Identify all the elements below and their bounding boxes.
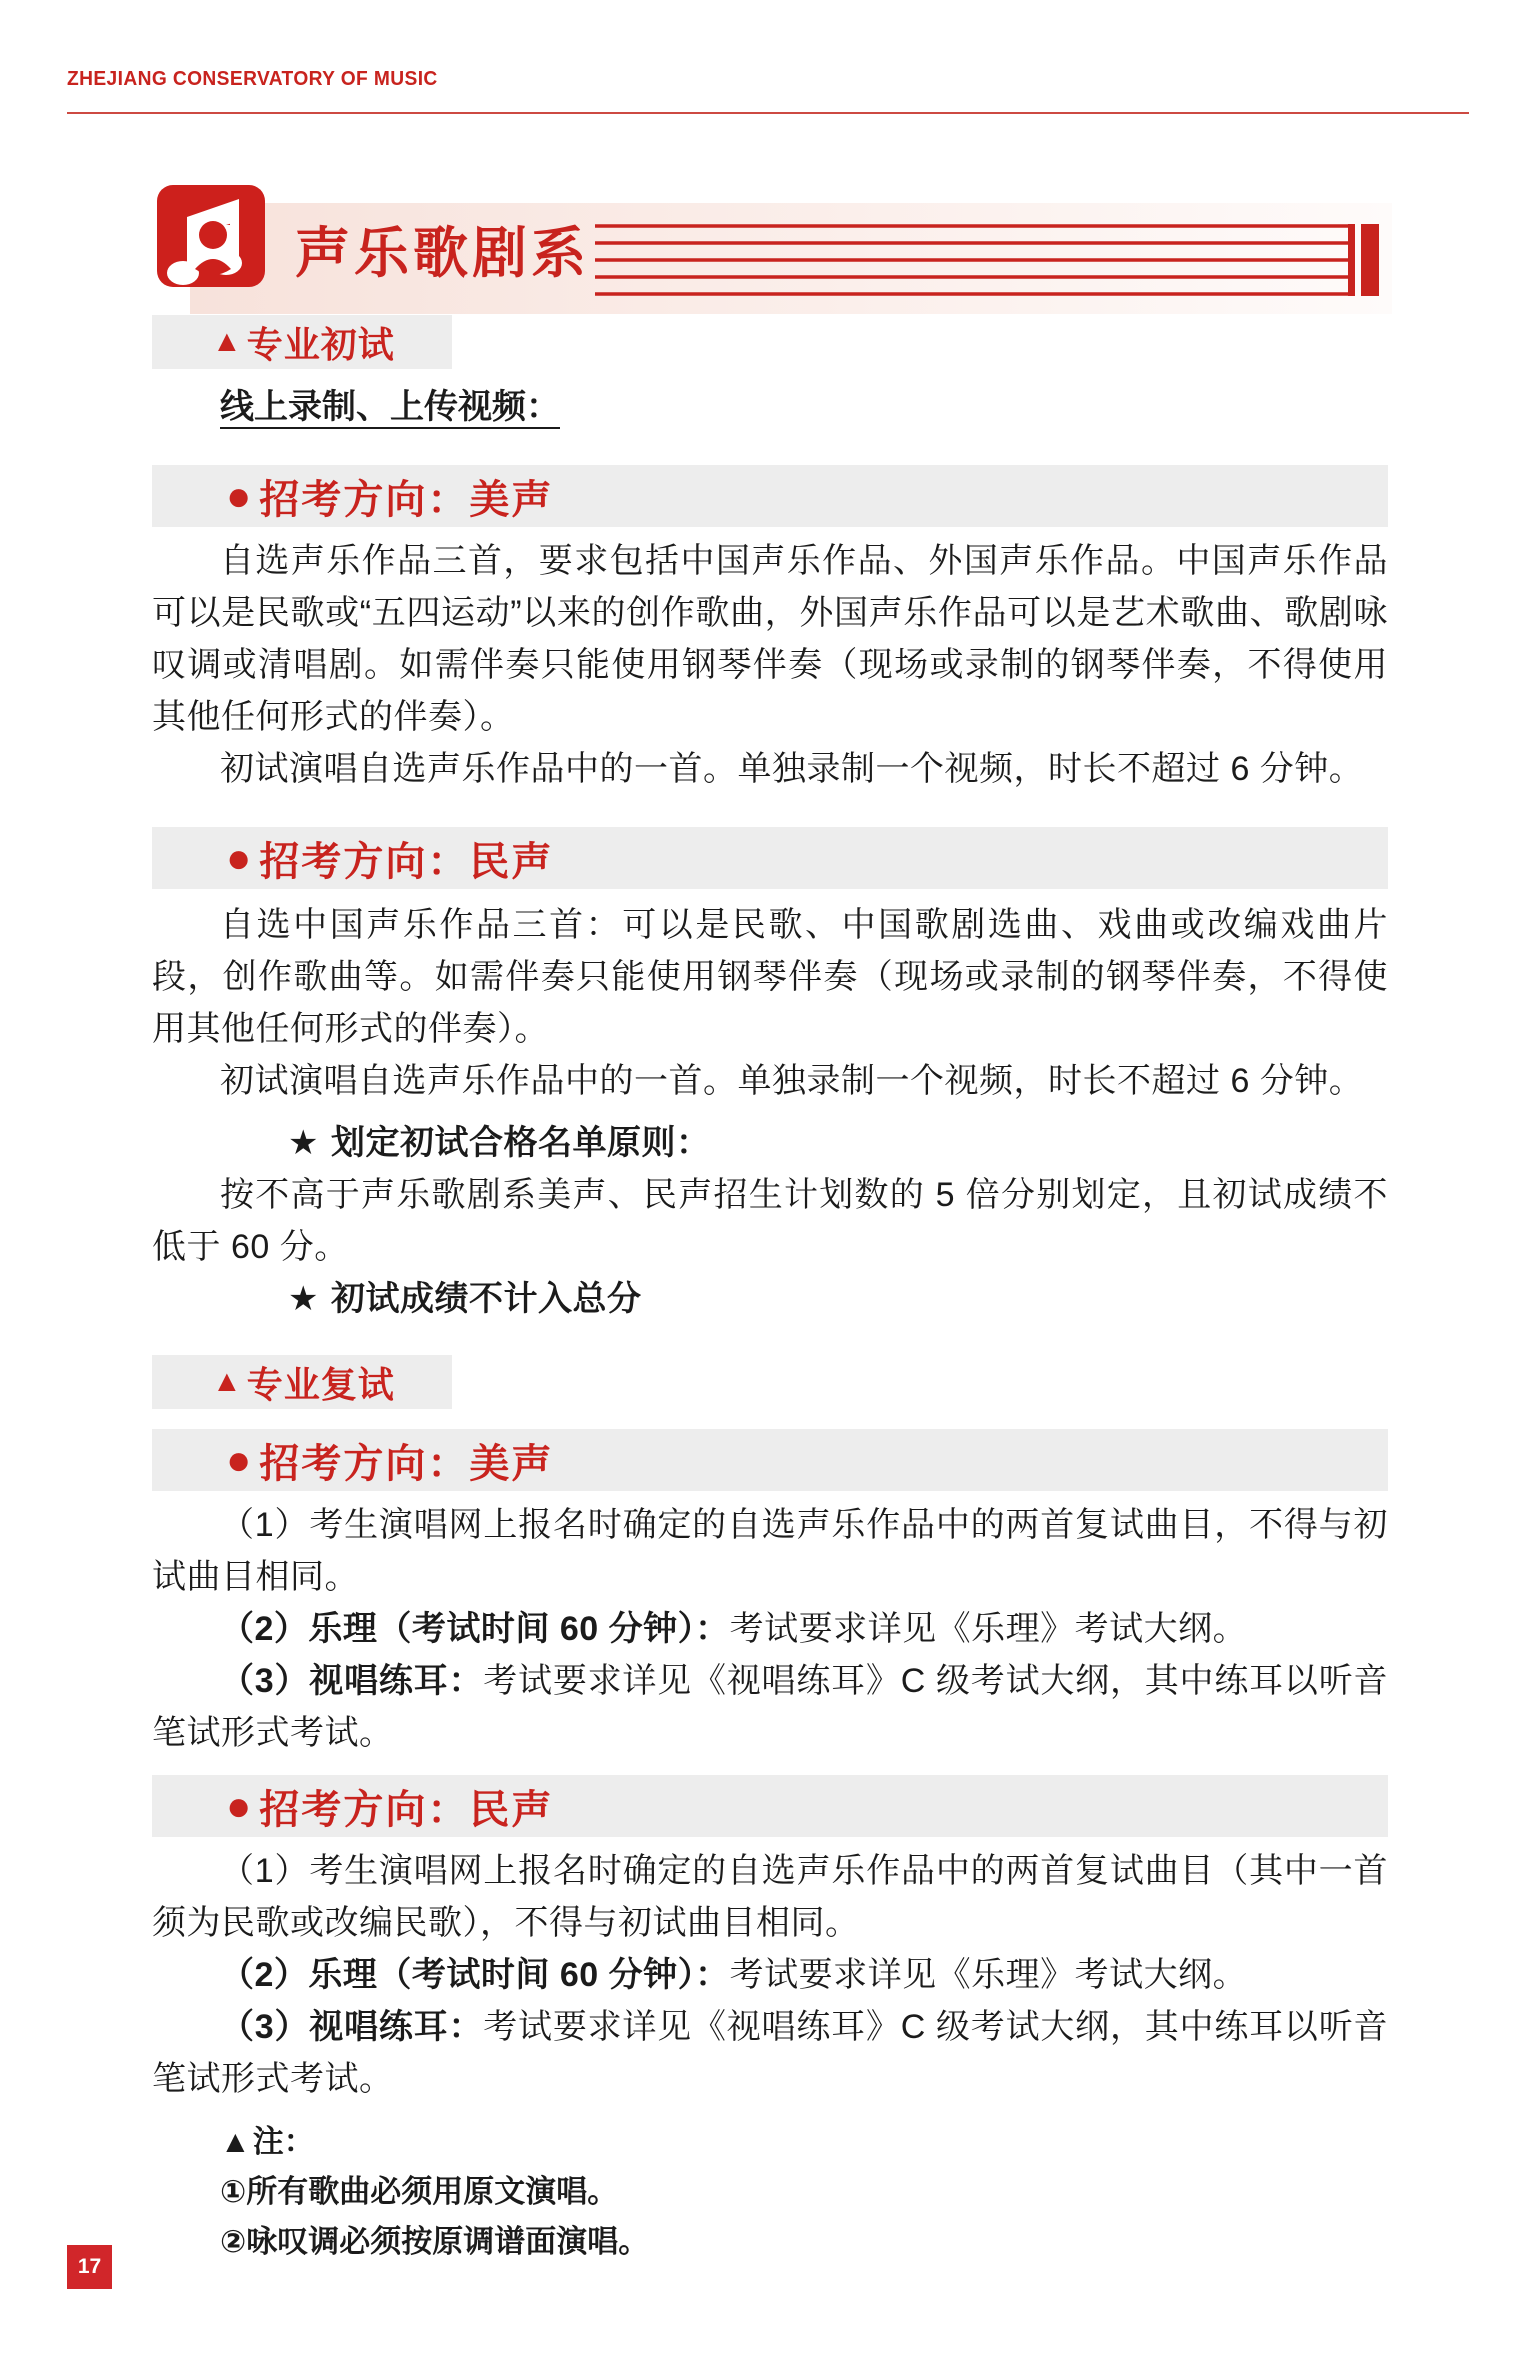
direction-heading-belcanto-preliminary: ● 招考方向：美声	[152, 465, 1388, 527]
direction-heading-label: 招考方向：民声	[259, 830, 553, 887]
bullet-icon: ●	[226, 1439, 251, 1481]
folk-preliminary-video-rule: 初试演唱自选声乐作品中的一首。单独录制一个视频，时长不超过 6 分钟。	[152, 1055, 1388, 1107]
online-recording-note: 线上录制、上传视频：	[152, 385, 1388, 429]
notes-block: ▲注： ①所有歌曲必须用原文演唱。 ②咏叹调必须按原调谱面演唱。	[152, 2117, 1388, 2267]
star-icon: ★	[220, 1117, 319, 1169]
folk-preliminary-requirements: 自选中国声乐作品三首：可以是民歌、中国歌剧选曲、戏曲或改编戏曲片段，创作歌曲等。…	[152, 899, 1388, 1055]
main-content: ▲ 专业初试 线上录制、上传视频： ● 招考方向：美声 自选声乐作品三首，要求包…	[152, 0, 1388, 2267]
belcanto-final-repertoire-rule: （1）考生演唱网上报名时确定的自选声乐作品中的两首复试曲目，不得与初试曲目相同。	[152, 1499, 1388, 1603]
qualification-rule-body: 按不高于声乐歌剧系美声、民声招生计划数的 5 倍分别划定，且初试成绩不低于 60…	[152, 1169, 1388, 1273]
notes-label: ▲注：	[152, 2117, 1388, 2167]
belcanto-preliminary-video-rule: 初试演唱自选声乐作品中的一首。单独录制一个视频，时长不超过 6 分钟。	[152, 743, 1388, 795]
page-number-badge: 17	[67, 2245, 112, 2289]
folk-final-solfege-exam: （3）视唱练耳：考试要求详见《视唱练耳》C 级考试大纲，其中练耳以听音笔试形式考…	[152, 2001, 1388, 2105]
bullet-icon: ●	[226, 475, 251, 517]
note-item-1: ①所有歌曲必须用原文演唱。	[152, 2167, 1388, 2217]
triangle-icon: ▲	[212, 327, 242, 357]
triangle-icon: ▲	[212, 1367, 242, 1397]
belcanto-preliminary-requirements: 自选声乐作品三首，要求包括中国声乐作品、外国声乐作品。中国声乐作品可以是民歌或“…	[152, 535, 1388, 743]
belcanto-final-solfege-exam: （3）视唱练耳：考试要求详见《视唱练耳》C 级考试大纲，其中练耳以听音笔试形式考…	[152, 1655, 1388, 1759]
folk-final-theory-exam: （2）乐理（考试时间 60 分钟）：考试要求详见《乐理》考试大纲。	[152, 1949, 1388, 2001]
bullet-icon: ●	[226, 1785, 251, 1827]
document-page: { "meta": { "brand": "ZHEJIANG CONSERVAT…	[0, 0, 1535, 2362]
section-heading-final: ▲ 专业复试	[152, 1355, 452, 1409]
direction-heading-label: 招考方向：美声	[259, 1432, 553, 1489]
direction-heading-folk-preliminary: ● 招考方向：民声	[152, 827, 1388, 889]
direction-heading-label: 招考方向：美声	[259, 468, 553, 525]
bullet-icon: ●	[226, 837, 251, 879]
direction-heading-label: 招考方向：民声	[259, 1778, 553, 1835]
section-heading-label: 专业复试	[247, 1357, 395, 1408]
direction-heading-belcanto-final: ● 招考方向：美声	[152, 1429, 1388, 1491]
score-not-counted-rule: ★初试成绩不计入总分	[152, 1273, 1388, 1325]
note-item-2: ②咏叹调必须按原调谱面演唱。	[152, 2217, 1388, 2267]
folk-final-repertoire-rule: （1）考生演唱网上报名时确定的自选声乐作品中的两首复试曲目（其中一首须为民歌或改…	[152, 1845, 1388, 1949]
section-heading-preliminary: ▲ 专业初试	[152, 315, 452, 369]
section-heading-label: 专业初试	[247, 317, 395, 368]
star-icon: ★	[220, 1273, 319, 1325]
qualification-rule-title: ★划定初试合格名单原则：	[152, 1117, 1388, 1169]
triangle-icon: ▲	[220, 2124, 251, 2159]
direction-heading-folk-final: ● 招考方向：民声	[152, 1775, 1388, 1837]
belcanto-final-theory-exam: （2）乐理（考试时间 60 分钟）：考试要求详见《乐理》考试大纲。	[152, 1603, 1388, 1655]
